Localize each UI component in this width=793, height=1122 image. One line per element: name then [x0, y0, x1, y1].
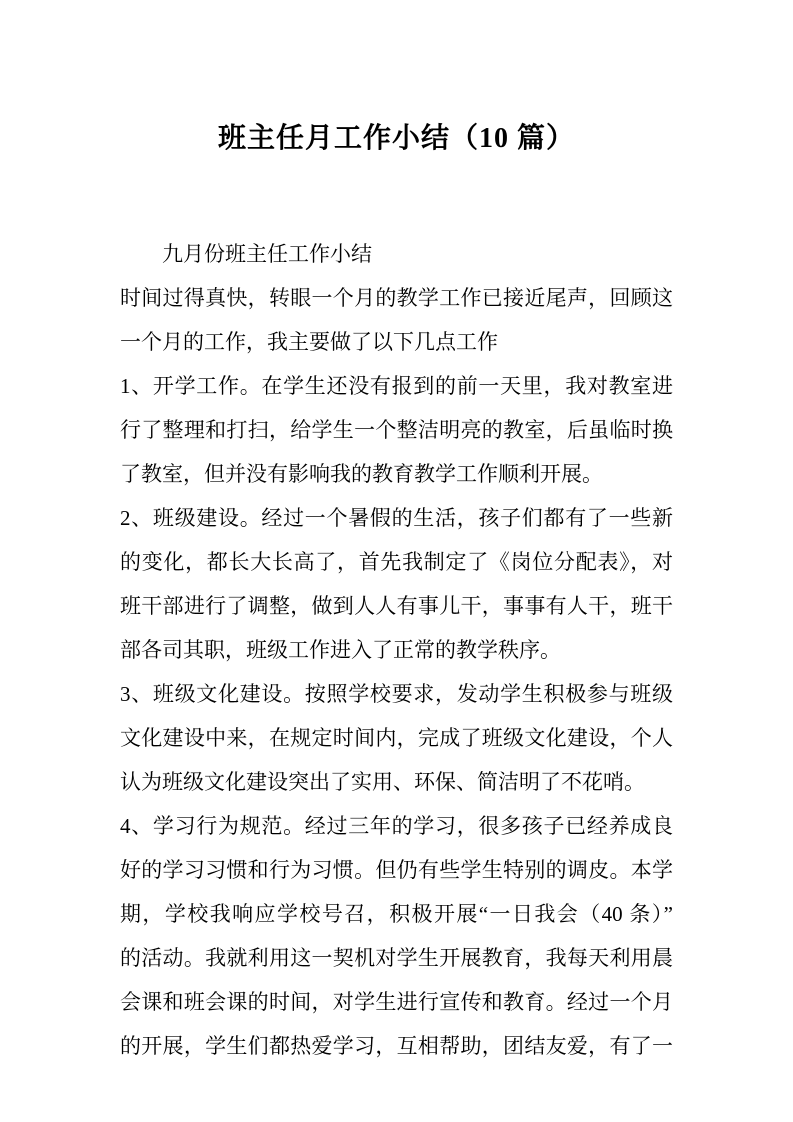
paragraph: 4、学习行为规范。经过三年的学习，很多孩子已经养成良好的学习习惯和行为习惯。但仍… [120, 804, 673, 1068]
text-line: 行了整理和打扫，给学生一个整洁明亮的教室，后虽临时换 [120, 408, 673, 452]
text-line: 期，学校我响应学校号召，积极开展“一日我会（40 条）” [120, 892, 673, 936]
text-line: 一个月的工作，我主要做了以下几点工作 [120, 320, 673, 364]
text-line: 会课和班会课的时间，对学生进行宣传和教育。经过一个月 [120, 980, 673, 1024]
paragraph: 2、班级建设。经过一个暑假的生活，孩子们都有了一些新的变化，都长大长高了，首先我… [120, 496, 673, 672]
text-line: 九月份班主任工作小结 [120, 232, 673, 276]
paragraph: 3、班级文化建设。按照学校要求，发动学生积极参与班级文化建设中来，在规定时间内，… [120, 672, 673, 804]
text-line: 1、开学工作。在学生还没有报到的前一天里，我对教室进 [120, 364, 673, 408]
text-line: 4、学习行为规范。经过三年的学习，很多孩子已经养成良 [120, 804, 673, 848]
paragraph: 时间过得真快，转眼一个月的教学工作已接近尾声，回顾这一个月的工作，我主要做了以下… [120, 276, 673, 364]
text-line: 的变化，都长大长高了，首先我制定了《岗位分配表》，对 [120, 540, 673, 584]
paragraph: 九月份班主任工作小结 [120, 232, 673, 276]
document-body: 九月份班主任工作小结时间过得真快，转眼一个月的教学工作已接近尾声，回顾这一个月的… [120, 232, 673, 1068]
text-line: 2、班级建设。经过一个暑假的生活，孩子们都有了一些新 [120, 496, 673, 540]
document-title: 班主任月工作小结（10 篇） [120, 116, 673, 162]
text-line: 文化建设中来，在规定时间内，完成了班级文化建设，个人 [120, 716, 673, 760]
text-line: 时间过得真快，转眼一个月的教学工作已接近尾声，回顾这 [120, 276, 673, 320]
text-line: 了教室，但并没有影响我的教育教学工作顺利开展。 [120, 452, 673, 496]
text-line: 部各司其职，班级工作进入了正常的教学秩序。 [120, 628, 673, 672]
document-page: 班主任月工作小结（10 篇） 九月份班主任工作小结时间过得真快，转眼一个月的教学… [0, 0, 793, 1122]
text-line: 3、班级文化建设。按照学校要求，发动学生积极参与班级 [120, 672, 673, 716]
text-line: 的开展，学生们都热爱学习，互相帮助，团结友爱，有了一 [120, 1024, 673, 1068]
text-line: 班干部进行了调整，做到人人有事儿干，事事有人干，班干 [120, 584, 673, 628]
text-line: 好的学习习惯和行为习惯。但仍有些学生特别的调皮。本学 [120, 848, 673, 892]
text-line: 的活动。我就利用这一契机对学生开展教育，我每天利用晨 [120, 936, 673, 980]
paragraph: 1、开学工作。在学生还没有报到的前一天里，我对教室进行了整理和打扫，给学生一个整… [120, 364, 673, 496]
text-line: 认为班级文化建设突出了实用、环保、简洁明了不花哨。 [120, 760, 673, 804]
